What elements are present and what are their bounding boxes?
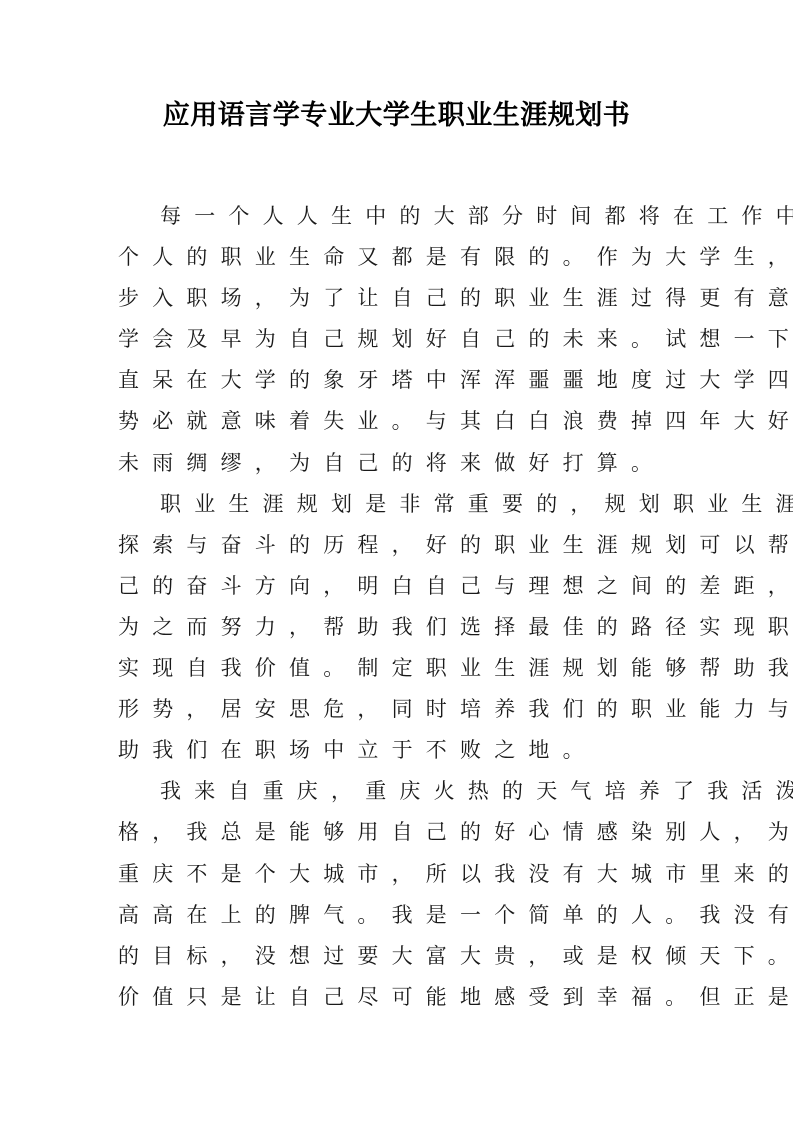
text-line: 每一个人人生中的大部分时间都将在工作中度过，每一 [118, 196, 678, 237]
text-line: 格，我总是能够用自己的好心情感染别人，为别人带来欢笑。 [118, 812, 678, 853]
text-line: 探索与奋斗的历程，好的职业生涯规划可以帮助我们明确自 [118, 525, 678, 566]
paragraph-2: 职业生涯规划是非常重要的，规划职业生涯是一个职业 探索与奋斗的历程，好的职业生涯… [118, 484, 678, 772]
text-line: 高高在上的脾气。我是一个简单的人。我没有什么太过远大 [118, 895, 678, 936]
document-body: 每一个人人生中的大部分时间都将在工作中度过，每一 个人的职业生命又都是有限的。作… [118, 196, 678, 1018]
text-line: 价值只是让自己尽可能地感受到幸福。但正是因为如此，我 [118, 977, 678, 1018]
text-line: 势必就意味着失业。与其白白浪费掉四年大好光阴，倒不如 [118, 401, 678, 442]
text-line: 为之而努力，帮助我们选择最佳的路径实现职业理想，从而 [118, 607, 678, 648]
text-line: 步入职场，为了让自己的职业生涯过得更有意义，我们必须 [118, 278, 678, 319]
text-line: 助我们在职场中立于不败之地。 [118, 730, 678, 771]
text-line: 的目标，没想过要大富大贵，或是权倾天下。我觉得生命的 [118, 936, 678, 977]
text-line: 实现自我价值。制定职业生涯规划能够帮助我们认识到就业 [118, 648, 678, 689]
text-line: 己的奋斗方向，明白自己与理想之间的差距，同时激励我们 [118, 566, 678, 607]
text-line: 我来自重庆，重庆火热的天气培养了我活泼、热情的性 [118, 771, 678, 812]
text-line: 学会及早为自己规划好自己的未来。试想一下，如果我们一 [118, 319, 678, 360]
text-line: 未雨绸缪，为自己的将来做好打算。 [118, 443, 678, 484]
paragraph-3: 我来自重庆，重庆火热的天气培养了我活泼、热情的性 格，我总是能够用自己的好心情感… [118, 771, 678, 1018]
text-line: 职业生涯规划是非常重要的，规划职业生涯是一个职业 [118, 484, 678, 525]
text-line: 直呆在大学的象牙塔中浑浑噩噩地度过大学四年，那么毕业 [118, 360, 678, 401]
paragraph-1: 每一个人人生中的大部分时间都将在工作中度过，每一 个人的职业生命又都是有限的。作… [118, 196, 678, 484]
document-page: 应用语言学专业大学生职业生涯规划书 每一个人人生中的大部分时间都将在工作中度过，… [0, 0, 793, 1122]
document-title: 应用语言学专业大学生职业生涯规划书 [0, 96, 793, 136]
text-line: 重庆不是个大城市，所以我没有大城市里来的女孩身上那种 [118, 854, 678, 895]
text-line: 形势，居安思危，同时培养我们的职业能力与职业素质，帮 [118, 689, 678, 730]
text-line: 个人的职业生命又都是有限的。作为大学生，我们早晚都会 [118, 237, 678, 278]
